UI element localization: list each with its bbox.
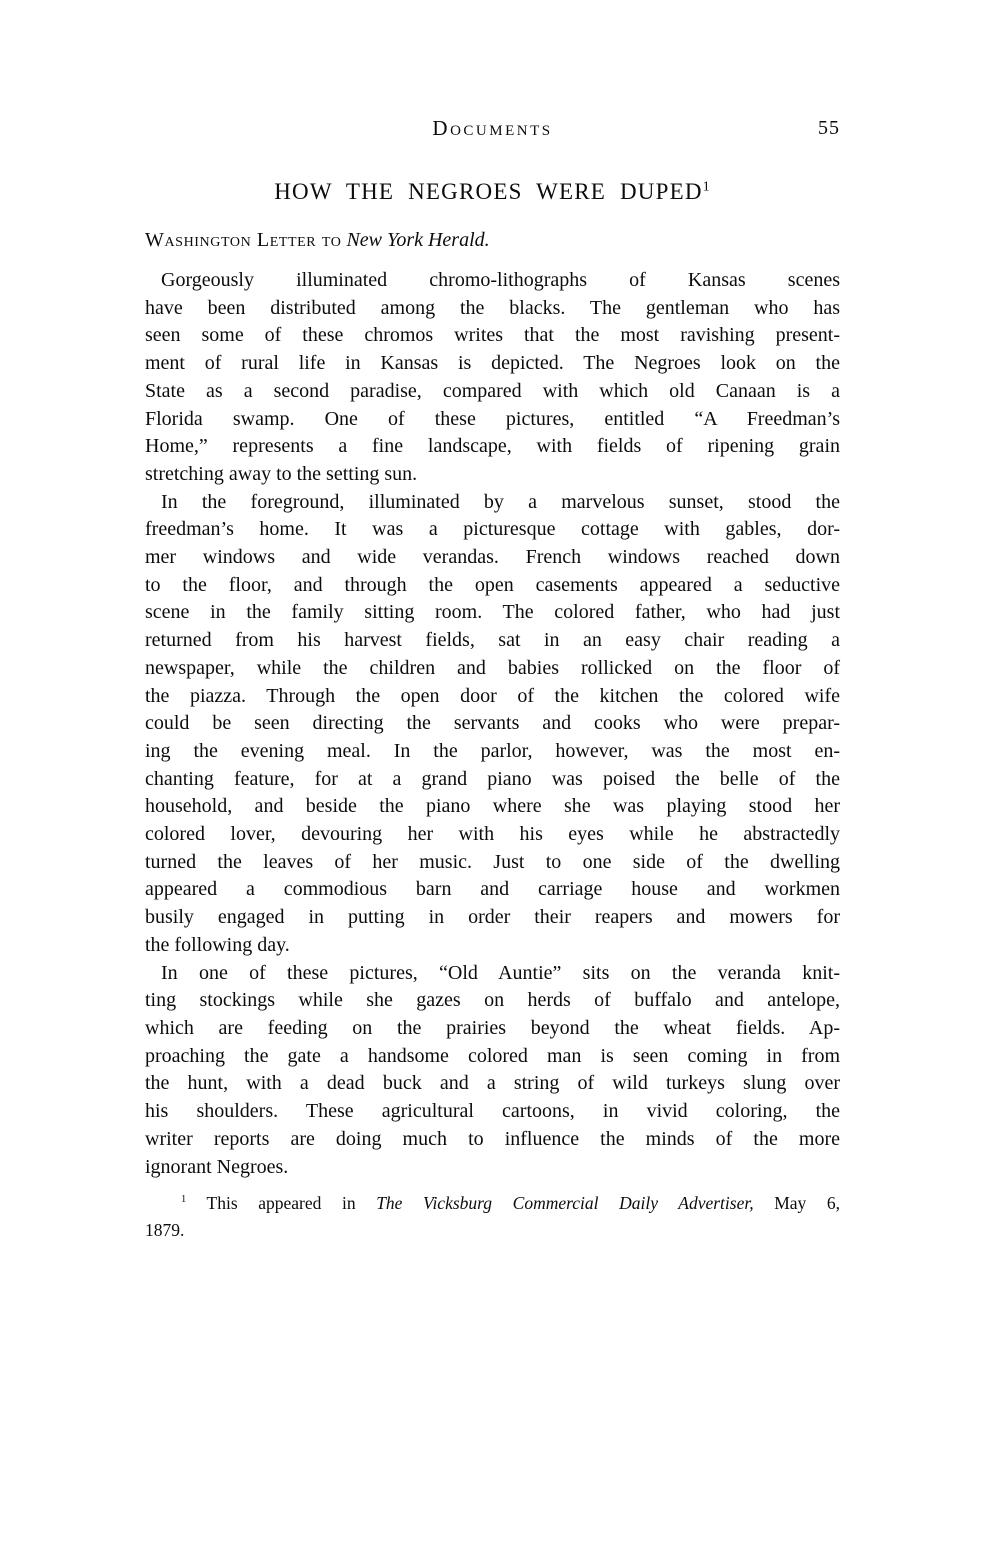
- paragraph: In one of these pictures, “Old Auntie” s…: [145, 960, 840, 1182]
- body-text: Gorgeously illuminated chromo-lithograph…: [145, 267, 840, 1181]
- footnote-line-1: 1 This appeared in The Vicksburg Commerc…: [145, 1190, 840, 1217]
- text-line: appeared a commodious barn and carriage …: [145, 876, 840, 904]
- article-title-text: HOW THE NEGROES WERE DUPED: [274, 179, 702, 204]
- text-line: have been distributed among the blacks. …: [145, 295, 840, 323]
- text-line: the hunt, with a dead buck and a string …: [145, 1070, 840, 1098]
- article-title: HOW THE NEGROES WERE DUPED1: [145, 179, 840, 205]
- text-line: ignorant Negroes.: [145, 1154, 840, 1182]
- byline-publication: New York Herald.: [346, 229, 489, 251]
- text-line: the following day.: [145, 932, 840, 960]
- text-line: In the foreground, illuminated by a marv…: [145, 489, 840, 517]
- text-line: writer reports are doing much to influen…: [145, 1126, 840, 1154]
- text-line: could be seen directing the servants and…: [145, 710, 840, 738]
- footnote-mark: 1: [181, 1194, 186, 1205]
- text-line: busily engaged in putting in order their…: [145, 904, 840, 932]
- text-column: Documents 55 HOW THE NEGROES WERE DUPED1…: [145, 0, 840, 1243]
- text-line: stretching away to the setting sun.: [145, 461, 840, 489]
- text-line: State as a second paradise, compared wit…: [145, 378, 840, 406]
- byline-label: Washington Letter to: [145, 229, 341, 251]
- page-number: 55: [818, 116, 840, 140]
- text-line: seen some of these chromos writes that t…: [145, 322, 840, 350]
- section-title: Documents: [432, 116, 552, 140]
- text-line: turned the leaves of her music. Just to …: [145, 849, 840, 877]
- text-line: ment of rural life in Kansas is depicted…: [145, 350, 840, 378]
- footnote: 1 This appeared in The Vicksburg Commerc…: [145, 1190, 840, 1243]
- text-line: newspaper, while the children and babies…: [145, 655, 840, 683]
- text-line: returned from his harvest fields, sat in…: [145, 627, 840, 655]
- footnote-publication: The Vicksburg Commercial Daily Advertise…: [376, 1193, 753, 1213]
- text-line: the piazza. Through the open door of the…: [145, 683, 840, 711]
- text-line: ting stockings while she gazes on herds …: [145, 987, 840, 1015]
- text-line: Florida swamp. One of these pictures, en…: [145, 406, 840, 434]
- paragraph: Gorgeously illuminated chromo-lithograph…: [145, 267, 840, 489]
- text-line: ing the evening meal. In the parlor, how…: [145, 738, 840, 766]
- text-line: mer windows and wide verandas. French wi…: [145, 544, 840, 572]
- text-line: scene in the family sitting room. The co…: [145, 599, 840, 627]
- text-line: which are feeding on the prairies beyond…: [145, 1015, 840, 1043]
- text-line: to the floor, and through the open casem…: [145, 572, 840, 600]
- text-line: Home,” represents a fine landscape, with…: [145, 433, 840, 461]
- footnote-pre-text: This appeared in: [207, 1193, 356, 1213]
- paragraph: In the foreground, illuminated by a marv…: [145, 489, 840, 960]
- text-line: colored lover, devouring her with his ey…: [145, 821, 840, 849]
- text-line: proaching the gate a handsome colored ma…: [145, 1043, 840, 1071]
- running-header: Documents 55: [145, 116, 840, 140]
- text-line: household, and beside the piano where sh…: [145, 793, 840, 821]
- footnote-post-text: May 6,: [774, 1193, 840, 1213]
- byline: Washington Letter to New York Herald.: [145, 228, 840, 252]
- text-line: his shoulders. These agricultural cartoo…: [145, 1098, 840, 1126]
- text-line: chanting feature, for at a grand piano w…: [145, 766, 840, 794]
- document-page: Documents 55 HOW THE NEGROES WERE DUPED1…: [0, 0, 1000, 1552]
- title-footnote-mark: 1: [703, 178, 711, 193]
- text-line: Gorgeously illuminated chromo-lithograph…: [145, 267, 840, 295]
- text-line: freedman’s home. It was a picturesque co…: [145, 516, 840, 544]
- text-line: In one of these pictures, “Old Auntie” s…: [145, 960, 840, 988]
- footnote-line-2: 1879.: [145, 1217, 840, 1244]
